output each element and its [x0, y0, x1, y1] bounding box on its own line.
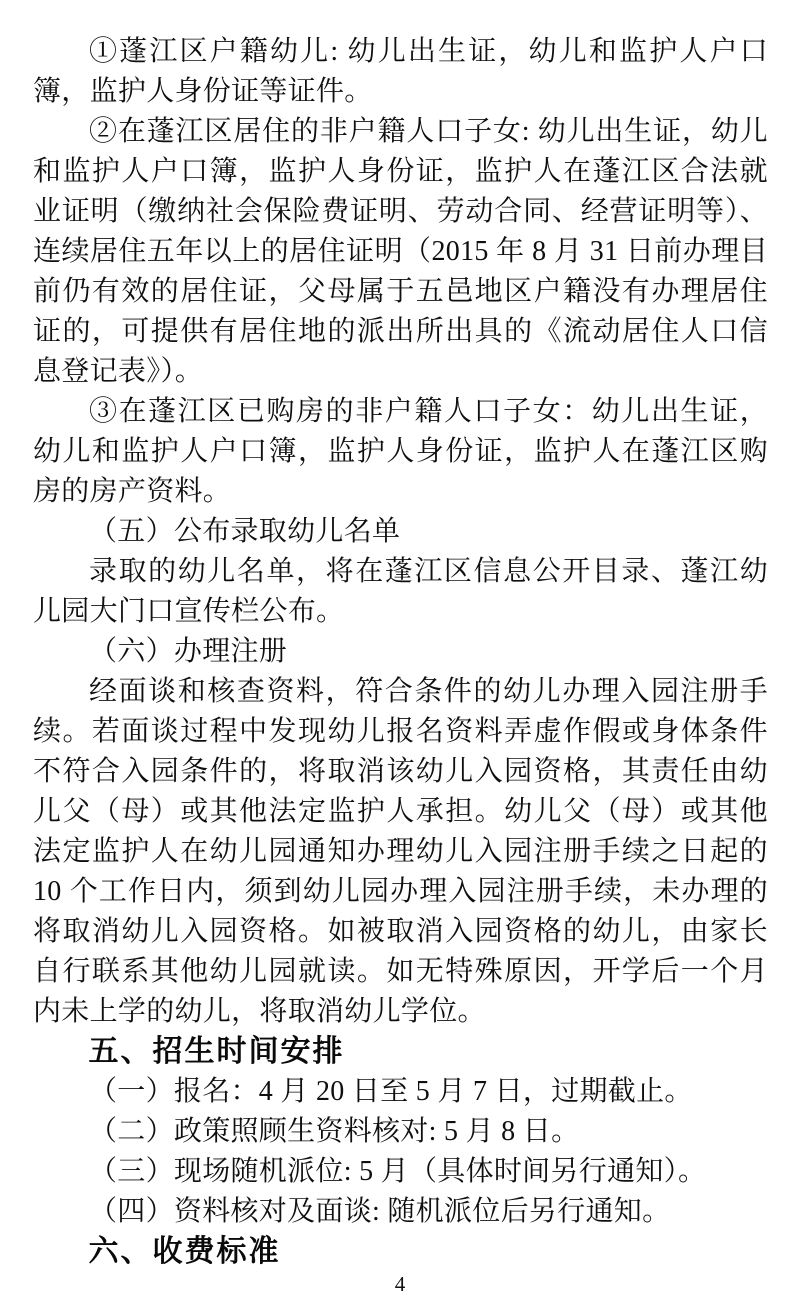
paragraph-admission-list-publication: 录取的幼儿名单，将在蓬江区信息公开目录、蓬江幼儿园大门口宣传栏公布。	[33, 552, 768, 632]
schedule-item-2-policy-student-check: （二）政策照顾生资料核对: 5 月 8 日。	[33, 1112, 768, 1152]
schedule-item-1-signup-dates: （一）报名：4 月 20 日至 5 月 7 日，过期截止。	[33, 1072, 768, 1112]
paragraph-item2-nonlocal-resident-docs: ②在蓬江区居住的非户籍人口子女: 幼儿出生证，幼儿和监护人户口簿，监护人身份证，…	[33, 112, 768, 392]
heading-6-fee-standard: 六、收费标准	[33, 1232, 768, 1272]
page-number: 4	[0, 1272, 800, 1296]
document-page: ①蓬江区户籍幼儿: 幼儿出生证，幼儿和监护人户口簿，监护人身份证等证件。 ②在蓬…	[0, 0, 800, 1305]
paragraph-item1-local-hukou-docs: ①蓬江区户籍幼儿: 幼儿出生证，幼儿和监护人户口簿，监护人身份证等证件。	[33, 32, 768, 112]
subheading-5-publish-admission-list: （五）公布录取幼儿名单	[33, 512, 768, 552]
subheading-6-registration: （六）办理注册	[33, 632, 768, 672]
paragraph-registration-process: 经面谈和核查资料，符合条件的幼儿办理入园注册手续。若面谈过程中发现幼儿报名资料弄…	[33, 672, 768, 1032]
heading-5-enrollment-schedule: 五、招生时间安排	[33, 1032, 768, 1072]
schedule-item-4-verification-interview: （四）资料核对及面谈: 随机派位后另行通知。	[33, 1192, 768, 1232]
paragraph-item3-nonlocal-homeowner-docs: ③在蓬江区已购房的非户籍人口子女：幼儿出生证，幼儿和监护人户口簿，监护人身份证，…	[33, 392, 768, 512]
schedule-item-3-random-allocation: （三）现场随机派位: 5 月（具体时间另行通知）。	[33, 1152, 768, 1192]
